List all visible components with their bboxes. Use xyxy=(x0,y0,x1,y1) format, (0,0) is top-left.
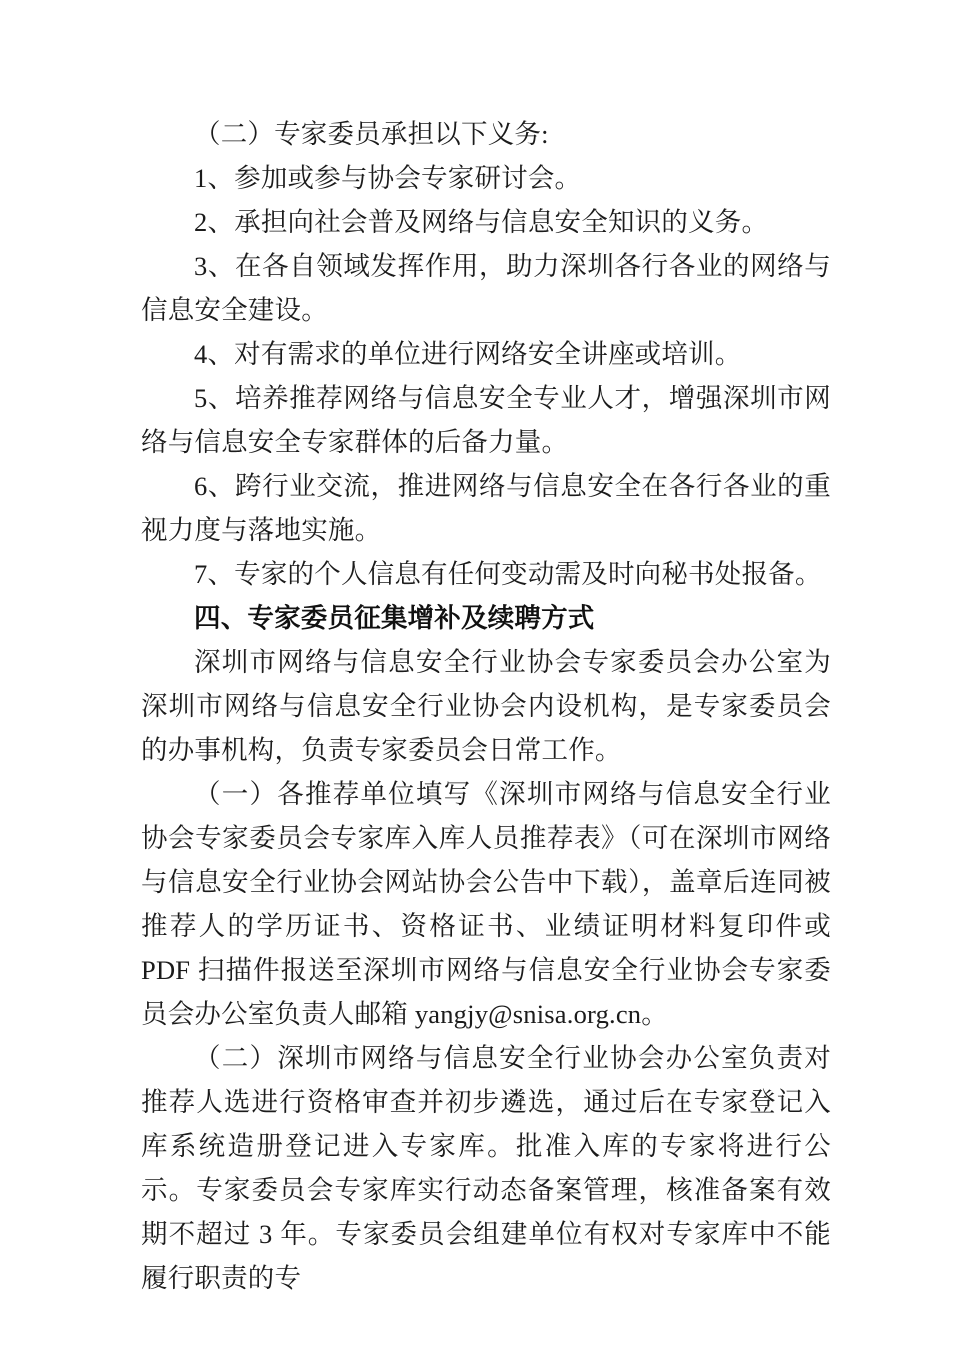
obligation-item-6: 6、跨行业交流，推进网络与信息安全在各行各业的重视力度与落地实施。 xyxy=(141,464,831,552)
obligation-item-1: 1、参加或参与协会专家研讨会。 xyxy=(141,156,831,200)
recommendation-procedure-paragraph: （一）各推荐单位填写《深圳市网络与信息安全行业协会专家委员会专家库入库人员推荐表… xyxy=(141,772,831,1036)
section-4-heading: 四、专家委员征集增补及续聘方式 xyxy=(141,596,831,640)
document-text-block: （二）专家委员承担以下义务: 1、参加或参与协会专家研讨会。 2、承担向社会普及… xyxy=(141,112,831,1300)
obligation-item-3: 3、在各自领域发挥作用，助力深圳各行各业的网络与信息安全建设。 xyxy=(141,244,831,332)
office-description-paragraph: 深圳市网络与信息安全行业协会专家委员会办公室为深圳市网络与信息安全行业协会内设机… xyxy=(141,640,831,772)
review-procedure-paragraph: （二）深圳市网络与信息安全行业协会办公室负责对推荐人选进行资格审查并初步遴选，通… xyxy=(141,1036,831,1300)
obligation-item-4: 4、对有需求的单位进行网络安全讲座或培训。 xyxy=(141,332,831,376)
document-page: （二）专家委员承担以下义务: 1、参加或参与协会专家研讨会。 2、承担向社会普及… xyxy=(0,0,958,1356)
obligation-item-5: 5、培养推荐网络与信息安全专业人才，增强深圳市网络与信息安全专家群体的后备力量。 xyxy=(141,376,831,464)
clause-2-obligations-intro: （二）专家委员承担以下义务: xyxy=(141,112,831,156)
obligation-item-2: 2、承担向社会普及网络与信息安全知识的义务。 xyxy=(141,200,831,244)
obligation-item-7: 7、专家的个人信息有任何变动需及时向秘书处报备。 xyxy=(141,552,831,596)
